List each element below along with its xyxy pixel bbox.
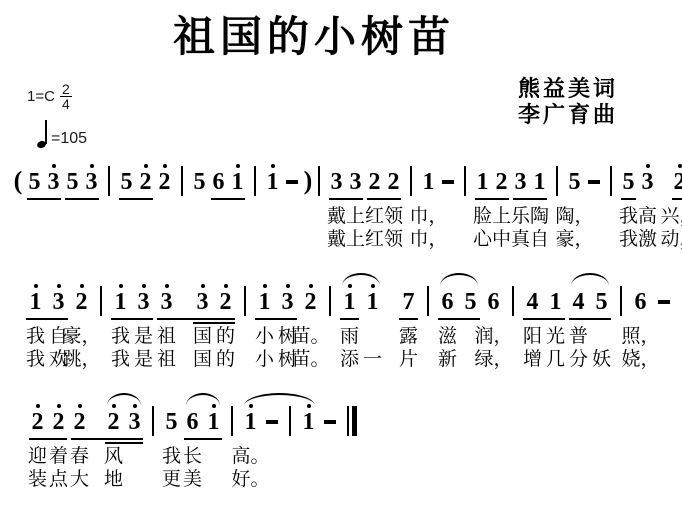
octave-dot-slot <box>165 280 169 289</box>
note-digit: 1 <box>259 289 271 316</box>
note-cell: 2风地 <box>103 400 124 492</box>
octave-dot <box>90 164 94 168</box>
lyric-verse2: 红 <box>365 229 384 252</box>
underline <box>569 318 611 320</box>
note-cell: 5陶，豪， <box>565 160 584 252</box>
octave-dot <box>52 164 56 168</box>
dash-glyph <box>324 420 336 424</box>
underline <box>367 198 401 200</box>
lyric-verse2: 片 <box>399 349 418 372</box>
note-cell: 1我我 <box>109 280 132 372</box>
octave-dot <box>36 404 40 408</box>
note-digit: 3 <box>129 409 141 436</box>
lyric-verse1: 露 <box>399 326 418 349</box>
barline <box>464 166 466 196</box>
lyric-verse2: 自 <box>530 229 549 252</box>
octave-dot-slot <box>286 280 290 289</box>
note-cell <box>652 280 675 372</box>
note-cell: 2迎装 <box>27 400 48 492</box>
note-cell: 1 <box>228 160 247 252</box>
lyric-verse2: 我 <box>26 349 45 372</box>
lyric-verse2: 跳， <box>63 349 101 372</box>
lyric-verse2: 国 <box>193 349 212 372</box>
lyric-verse2: 激 <box>638 229 657 252</box>
lyric-verse2: 真 <box>511 229 530 252</box>
octave-dot-slot <box>34 280 38 289</box>
note-digit: 3 <box>515 169 527 196</box>
note-digit: 1 <box>534 169 546 196</box>
note-cell: 2着点 <box>48 400 69 492</box>
underline <box>119 198 153 200</box>
final-barline <box>347 406 357 436</box>
open-paren: ( <box>13 165 23 196</box>
note-digit: 2 <box>53 409 65 436</box>
note-cell: 3乐真 <box>511 160 530 252</box>
note-cell: 6照，娆， <box>629 280 652 372</box>
measure-group: 2迎装2着点2春大2风地3 <box>27 400 145 492</box>
note-cell: 2的的 <box>214 280 237 372</box>
octave-dot <box>57 284 61 288</box>
lyric-verse1: 我 <box>26 326 45 349</box>
score-line: 1我我3自欢2豪，跳，1我我3是是3祖祖3国国2的的1小小3树树2苗。苗。1雨添… <box>22 280 682 372</box>
hold-dash <box>442 169 454 196</box>
octave-dot <box>165 284 169 288</box>
octave-dot-slot <box>263 280 267 289</box>
final-barline-thin <box>347 406 349 436</box>
lyric-verse1: 风 <box>104 446 123 469</box>
note-cell: 5妖 <box>590 280 613 372</box>
lyric-verse2: 一 <box>363 349 382 372</box>
note-digit: 4 <box>527 289 539 316</box>
close-paren: ) <box>303 165 313 196</box>
underline <box>193 322 235 324</box>
measure-group: 561 <box>190 160 247 252</box>
lyric-verse1: 陶 <box>530 206 549 229</box>
note-digit: 2 <box>496 169 508 196</box>
underline <box>71 438 143 440</box>
score-line: (53535225611)3戴戴3上上2红红2领领1巾，巾，1脸心2上中3乐真1… <box>13 160 682 252</box>
measure-group: 5我更6长美1 <box>161 400 224 492</box>
note-cell: 5我更 <box>161 400 182 492</box>
dash-glyph <box>286 180 298 184</box>
octave-dot <box>224 284 228 288</box>
octave-dot <box>163 164 167 168</box>
underline <box>255 318 297 320</box>
note-digit: 1 <box>423 169 435 196</box>
note-digit: 5 <box>623 169 635 196</box>
note-digit: 1 <box>477 169 489 196</box>
note-digit: 6 <box>488 289 500 316</box>
lyric-verse1: 春 <box>70 446 89 469</box>
octave-dot-slot <box>201 280 205 289</box>
lyric-verse2: 我 <box>619 229 638 252</box>
octave-dot <box>142 284 146 288</box>
note-digit: 3 <box>282 289 294 316</box>
lyric-verse1: 润， <box>475 326 513 349</box>
note-cell: 5 <box>63 160 82 252</box>
octave-dot-slot <box>36 400 40 409</box>
note-cell: 1小小 <box>253 280 276 372</box>
lyric-verse2: 增 <box>523 349 542 372</box>
note-cell: 2春大 <box>69 400 90 492</box>
octave-dot-slot <box>52 160 56 169</box>
note-digit: 6 <box>213 169 225 196</box>
slur-arc <box>186 393 220 406</box>
note-cell: 3高激 <box>638 160 657 252</box>
note-cell: 1光几 <box>544 280 567 372</box>
hold-dash <box>658 289 670 316</box>
underline <box>340 318 359 320</box>
measure-group: 5我我3高激2兴，动， <box>619 160 682 252</box>
score-line: 2迎装2着点2春大2风地35我更6长美11高。好。1 <box>25 400 359 492</box>
slur-arc <box>107 393 141 406</box>
note-digit: 1 <box>303 409 315 436</box>
underline <box>26 318 68 320</box>
underline <box>65 198 99 200</box>
octave-dot-slot <box>163 160 167 169</box>
note-digit: 1 <box>367 289 379 316</box>
note-cell: 3 <box>82 160 101 252</box>
octave-dot-slot <box>57 280 61 289</box>
lyric-verse1: 上 <box>346 206 365 229</box>
note-cell: 1脸心 <box>473 160 492 252</box>
octave-dot <box>144 164 148 168</box>
lyric-verse2: 动， <box>661 229 682 252</box>
note-digit: 3 <box>350 169 362 196</box>
final-barline-thick <box>352 406 357 436</box>
octave-dot-slot <box>309 280 313 289</box>
note-digit: 1 <box>115 289 127 316</box>
note-digit: 3 <box>138 289 150 316</box>
lyric-verse2: 苗。 <box>292 349 330 372</box>
lyric-verse1: 豪， <box>63 326 101 349</box>
lyric-verse2: 地 <box>104 469 123 492</box>
note-digit: 3 <box>161 289 173 316</box>
note-cell: 1 <box>298 400 319 492</box>
measure-group: 6照，娆， <box>629 280 675 372</box>
measure-group: 1小小3树树2苗。苗。 <box>253 280 322 372</box>
barline <box>289 406 291 436</box>
measure-group: 4阳增1光几4普分5妖 <box>521 280 613 372</box>
octave-dot-slot <box>90 160 94 169</box>
note-cell: 2 <box>136 160 155 252</box>
lyric-verse2: 新 <box>438 349 457 372</box>
note-cell: 3是是 <box>132 280 155 372</box>
lyric-verse1: 长 <box>183 446 202 469</box>
sheet-music-page: 祖国的小树苗 熊益美词 李广育曲 1=C 2 4 =105 (535352256… <box>0 0 682 517</box>
note-digit: 5 <box>67 169 79 196</box>
note-digit: 2 <box>674 169 682 196</box>
lyric-verse1: 兴， <box>661 206 682 229</box>
barline <box>318 166 320 196</box>
lyric-verse1: 滋 <box>438 326 457 349</box>
dash-glyph <box>658 300 670 304</box>
note-digit: 3 <box>48 169 60 196</box>
note-cell: 2上中 <box>492 160 511 252</box>
hold-dash <box>266 409 278 436</box>
note-digit: 6 <box>442 289 454 316</box>
note-cell <box>261 400 282 492</box>
barline <box>556 166 558 196</box>
underline <box>27 198 61 200</box>
octave-dot <box>34 284 38 288</box>
note-digit: 5 <box>121 169 133 196</box>
barline <box>512 286 514 316</box>
note-digit: 5 <box>29 169 41 196</box>
note-digit: 3 <box>197 289 209 316</box>
octave-dot-slot <box>236 160 240 169</box>
note-cell: 3祖祖 <box>155 280 178 372</box>
lyric-verse2: 分 <box>569 349 588 372</box>
lyric-verse1: 戴 <box>327 206 346 229</box>
underline <box>329 198 363 200</box>
note-cell: 2领领 <box>384 160 403 252</box>
note-cell: 3国国 <box>191 280 214 372</box>
lyric-verse1: 苗。 <box>292 326 330 349</box>
underline <box>475 198 509 200</box>
note-digit: 2 <box>74 409 86 436</box>
note-digit: 2 <box>140 169 152 196</box>
note-digit: 2 <box>32 409 44 436</box>
barline <box>108 166 110 196</box>
note-digit: 7 <box>403 289 415 316</box>
octave-dot-slot <box>144 160 148 169</box>
measure-group: 1雨添1一7露片 <box>338 280 420 372</box>
note-cell: 3戴戴 <box>327 160 346 252</box>
lyric-verse1: 是 <box>134 326 153 349</box>
note-digit: 2 <box>76 289 88 316</box>
octave-dot-slot <box>646 160 650 169</box>
barline <box>427 286 429 316</box>
lyric-verse2: 我 <box>111 349 130 372</box>
slur-arc <box>571 273 609 286</box>
note-cell <box>584 160 603 252</box>
note-cell: 2豪，跳， <box>70 280 93 372</box>
note-digit: 1 <box>232 169 244 196</box>
note-cell: 2兴，动， <box>670 160 682 252</box>
slur-arc <box>244 393 315 406</box>
note-cell: 6润，绿， <box>482 280 505 372</box>
lyric-verse2: 妖 <box>592 349 611 372</box>
lyric-verse1: 脸 <box>473 206 492 229</box>
lyric-verse1: 国 <box>193 326 212 349</box>
note-cell: 4阳增 <box>521 280 544 372</box>
measure-group: 3戴戴3上上2红红2领领 <box>327 160 403 252</box>
note-cell <box>319 400 340 492</box>
octave-dot-slot <box>142 280 146 289</box>
lyric-verse1: 的 <box>216 326 235 349</box>
note-cell: 3 <box>124 400 145 492</box>
octave-dot <box>119 284 123 288</box>
note-cell: 4普分 <box>567 280 590 372</box>
measure-group: 1脸心2上中3乐真1陶自 <box>473 160 549 252</box>
note-cell: 2 <box>155 160 174 252</box>
note-digit: 3 <box>331 169 343 196</box>
beat-spacer <box>90 400 103 492</box>
note-cell: 2红红 <box>365 160 384 252</box>
lyric-verse1: 红 <box>365 206 384 229</box>
lyric-verse2: 绿， <box>475 349 513 372</box>
lyric-verse2: 小 <box>255 349 274 372</box>
hold-dash <box>286 169 298 196</box>
note-cell: 1 <box>203 400 224 492</box>
note-digit: 5 <box>194 169 206 196</box>
barline <box>152 406 154 436</box>
lyric-verse2: 几 <box>546 349 565 372</box>
note-digit: 5 <box>569 169 581 196</box>
note-cell: 6 <box>209 160 228 252</box>
lyric-verse1: 着 <box>49 446 68 469</box>
underline <box>184 438 222 440</box>
underline <box>672 198 682 200</box>
measure-group: 1我我3是是3祖祖3国国2的的 <box>109 280 237 372</box>
measure-group: 6滋新56润，绿， <box>436 280 505 372</box>
lyric-verse2: 上 <box>346 229 365 252</box>
note-digit: 1 <box>30 289 42 316</box>
lyric-verse1: 祖 <box>157 326 176 349</box>
note-digit: 6 <box>635 289 647 316</box>
note-cell: 1巾，巾， <box>419 160 438 252</box>
octave-dot <box>201 284 205 288</box>
note-digit: 5 <box>465 289 477 316</box>
note-cell: 3 <box>44 160 63 252</box>
note-digit: 1 <box>267 169 279 196</box>
lyric-verse1: 阳 <box>523 326 542 349</box>
lyric-verse1: 我 <box>619 206 638 229</box>
octave-dot <box>309 284 313 288</box>
lyric-verse2: 领 <box>384 229 403 252</box>
note-cell: 1雨添 <box>338 280 361 372</box>
note-cell: 1 <box>263 160 282 252</box>
lyric-verse2: 祖 <box>157 349 176 372</box>
lyric-verse2: 是 <box>134 349 153 372</box>
note-digit: 1 <box>208 409 220 436</box>
note-digit: 2 <box>305 289 317 316</box>
dash-glyph <box>266 420 278 424</box>
octave-dot <box>80 284 84 288</box>
octave-dot-slot <box>57 400 61 409</box>
note-digit: 4 <box>573 289 585 316</box>
lyric-verse1: 普 <box>569 326 588 349</box>
slur-arc <box>440 273 478 286</box>
barline <box>254 166 256 196</box>
note-digit: 5 <box>166 409 178 436</box>
note-cell: 2苗。苗。 <box>299 280 322 372</box>
octave-dot <box>646 164 650 168</box>
underline <box>513 198 547 200</box>
octave-dot-slot <box>78 400 82 409</box>
note-digit: 6 <box>187 409 199 436</box>
lyric-verse1: 雨 <box>340 326 359 349</box>
barline <box>231 406 233 436</box>
note-cell <box>438 160 457 252</box>
note-cell: 3上上 <box>346 160 365 252</box>
beat-spacer <box>178 280 191 372</box>
lyric-verse2: 点 <box>49 469 68 492</box>
measure-group: 1 <box>263 160 301 252</box>
underline <box>523 318 565 320</box>
lyric-verse2: 心 <box>473 229 492 252</box>
barline <box>181 166 183 196</box>
octave-dot <box>286 284 290 288</box>
barline <box>410 166 412 196</box>
hold-dash <box>588 169 600 196</box>
dash-glyph <box>588 180 600 184</box>
score: (53535225611)3戴戴3上上2红红2领领1巾，巾，1脸心2上中3乐真1… <box>0 0 682 517</box>
barline <box>329 286 331 316</box>
barline <box>100 286 102 316</box>
note-digit: 3 <box>53 289 65 316</box>
note-cell: 5我我 <box>619 160 638 252</box>
octave-dot <box>236 164 240 168</box>
measure-group: 5陶，豪， <box>565 160 603 252</box>
measure-group: 522 <box>117 160 174 252</box>
lyric-verse2: 添 <box>340 349 359 372</box>
note-cell: 1陶自 <box>530 160 549 252</box>
octave-dot <box>57 404 61 408</box>
lyric-verse1: 我 <box>111 326 130 349</box>
octave-dot <box>263 284 267 288</box>
octave-dot-slot <box>80 280 84 289</box>
underline <box>29 438 67 440</box>
note-cell <box>282 160 301 252</box>
note-cell: 1我我 <box>24 280 47 372</box>
note-cell: 6长美 <box>182 400 203 492</box>
note-cell: 5 <box>190 160 209 252</box>
note-cell: 1高。好。 <box>240 400 261 492</box>
note-digit: 2 <box>159 169 171 196</box>
barline <box>620 286 622 316</box>
octave-dot-slot <box>271 160 275 169</box>
barline <box>610 166 612 196</box>
lyric-verse1: 我 <box>162 446 181 469</box>
note-cell: 5 <box>25 160 44 252</box>
hold-dash <box>324 409 336 436</box>
measure-group: 5353 <box>25 160 101 252</box>
note-cell: 7露片 <box>397 280 420 372</box>
note-digit: 3 <box>642 169 654 196</box>
measure-group: 1高。好。 <box>240 400 282 492</box>
octave-dot-slot <box>224 280 228 289</box>
note-digit: 2 <box>108 409 120 436</box>
octave-dot <box>678 164 682 168</box>
slur-arc <box>342 273 380 286</box>
lyric-verse1: 上 <box>492 206 511 229</box>
note-digit: 3 <box>86 169 98 196</box>
lyric-verse1: 迎 <box>28 446 47 469</box>
lyric-verse2: 装 <box>28 469 47 492</box>
underline <box>111 318 153 320</box>
dash-glyph <box>442 180 454 184</box>
lyric-verse2: 大 <box>70 469 89 492</box>
octave-dot <box>78 404 82 408</box>
note-digit: 1 <box>245 409 257 436</box>
lyric-verse1: 乐 <box>511 206 530 229</box>
lyric-verse1: 高 <box>638 206 657 229</box>
barline <box>244 286 246 316</box>
lyric-verse1: 小 <box>255 326 274 349</box>
lyric-verse2: 更 <box>162 469 181 492</box>
lyric-verse1: 光 <box>546 326 565 349</box>
beat-spacer <box>384 280 397 372</box>
lyric-verse2: 的 <box>216 349 235 372</box>
note-digit: 2 <box>220 289 232 316</box>
lyric-verse2: 美 <box>183 469 202 492</box>
lyric-verse2: 中 <box>492 229 511 252</box>
lyric-verse2: 戴 <box>327 229 346 252</box>
note-digit: 1 <box>344 289 356 316</box>
octave-dot <box>271 164 275 168</box>
